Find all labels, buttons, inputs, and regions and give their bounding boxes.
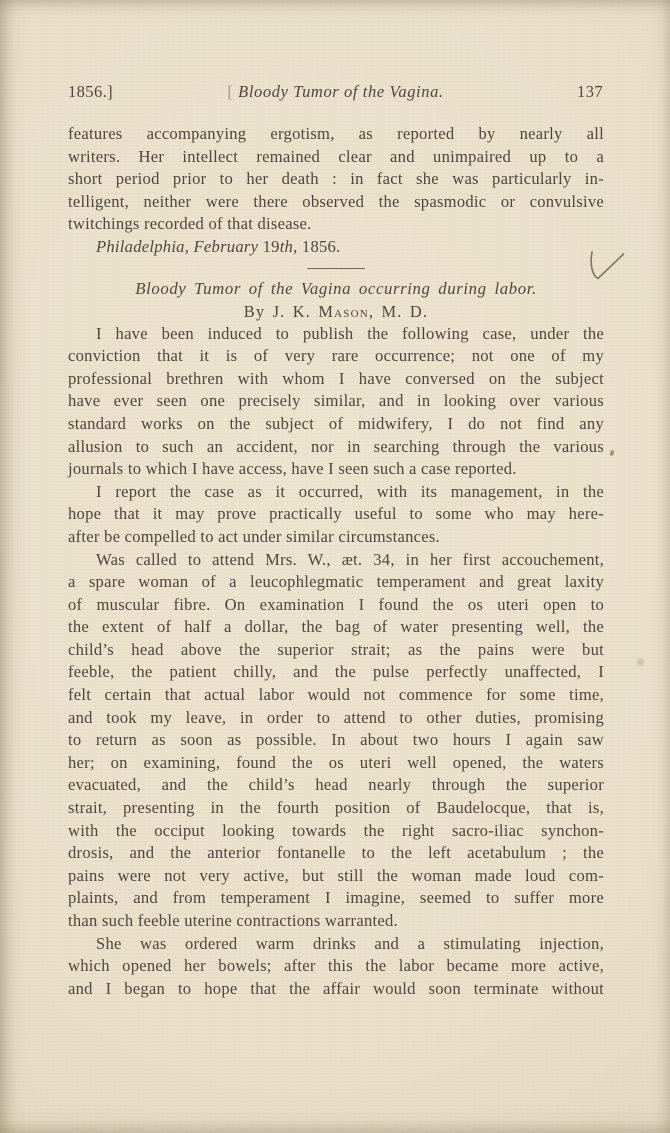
section-divider [68, 259, 604, 277]
foxing-speck [637, 658, 644, 666]
text-line: her; on examining, found the os uteri we… [68, 752, 604, 775]
text-line: than such feeble uterine contractions wa… [68, 910, 604, 933]
author-degree: M. D. [374, 302, 428, 321]
article-title: Bloody Tumor of the Vagina occurring dur… [68, 277, 604, 300]
dateline-day-suffix: th [280, 237, 293, 256]
body-paragraph: She was ordered warm drinks and a stimul… [68, 933, 604, 1001]
text-line: of muscular fibre. On examination I foun… [68, 594, 604, 617]
pencil-checkmark [585, 245, 635, 290]
text-line: child’s head above the superior strait; … [68, 639, 604, 662]
text-line: short period prior to her death : in fac… [68, 168, 604, 191]
divider-rule [307, 268, 365, 269]
text-line: Was called to attend Mrs. W., æt. 34, in… [68, 549, 604, 572]
body-paragraph: I report the case as it occurred, with i… [68, 481, 604, 549]
dateline: Philadelphia, February 19th, 1856. [68, 236, 604, 259]
text-line: features accompanying ergotism, as repor… [68, 123, 604, 146]
text-line: pains were not very active, but still th… [68, 865, 604, 888]
text-line: journals to which I have access, have I … [68, 458, 604, 481]
text-line: I report the case as it occurred, with i… [68, 481, 604, 504]
text-line: conviction that it is of very rare occur… [68, 345, 604, 368]
byline-prefix: By [244, 302, 273, 321]
text-line: evacuated, and the child’s head nearly t… [68, 774, 604, 797]
text-line: standard works on the subject of midwife… [68, 413, 604, 436]
header-title-text: Bloody Tumor of the Vagina. [238, 82, 444, 101]
text-line: She was ordered warm drinks and a stimul… [68, 933, 604, 956]
text-line: have ever seen one precisely similar, an… [68, 390, 604, 413]
text-line: with the occiput looking towards the rig… [68, 820, 604, 843]
header-title: [ Bloody Tumor of the Vagina. [68, 82, 603, 102]
continuation-paragraph: features accompanying ergotism, as repor… [68, 123, 604, 236]
byline: By J. K. Mason, M. D. [68, 300, 604, 323]
dateline-day: 19 [263, 237, 280, 256]
text-block: features accompanying ergotism, as repor… [68, 123, 604, 1000]
text-line: feeble, the patient chilly, and the puls… [68, 661, 604, 684]
dateline-place: Philadelphia, February [96, 237, 263, 256]
text-line: writers. Her intellect remained clear an… [68, 146, 604, 169]
text-line: felt certain that actual labor would not… [68, 684, 604, 707]
text-line: and I began to hope that the affair woul… [68, 978, 604, 1001]
text-line: hope that it may prove practically usefu… [68, 503, 604, 526]
scanned-page: 1856.] [ Bloody Tumor of the Vagina. 137… [0, 0, 670, 1133]
text-line: strait, presenting in the fourth positio… [68, 797, 604, 820]
text-line: and took my leave, in order to attend to… [68, 707, 604, 730]
text-line: plaints, and from temperament I imagine,… [68, 887, 604, 910]
text-line: after be compelled to act under similar … [68, 526, 604, 549]
text-line: professional brethren with whom I have c… [68, 368, 604, 391]
body-paragraph: I have been induced to publish the follo… [68, 323, 604, 481]
text-line: to return as soon as possible. In about … [68, 729, 604, 752]
header-bracket: [ [227, 82, 238, 101]
text-line: telligent, neither were there observed t… [68, 191, 604, 214]
text-line: twitchings recorded of that disease. [68, 213, 604, 236]
text-line: I have been induced to publish the follo… [68, 323, 604, 346]
text-line: drosis, and the anterior fontanelle to t… [68, 842, 604, 865]
page-number: 137 [577, 82, 603, 102]
dateline-year: , 1856. [293, 237, 340, 256]
text-line: allusion to such an accident, nor in sea… [68, 436, 604, 459]
running-header: 1856.] [ Bloody Tumor of the Vagina. 137 [68, 82, 603, 104]
author-name: J. K. Mason, [273, 302, 375, 321]
text-line: which opened her bowels; after this the … [68, 955, 604, 978]
text-line: the extent of half a dollar, the bag of … [68, 616, 604, 639]
body-paragraph: Was called to attend Mrs. W., æt. 34, in… [68, 549, 604, 933]
text-line: a spare woman of a leucophlegmatic tempe… [68, 571, 604, 594]
foxing-speck [609, 449, 615, 456]
